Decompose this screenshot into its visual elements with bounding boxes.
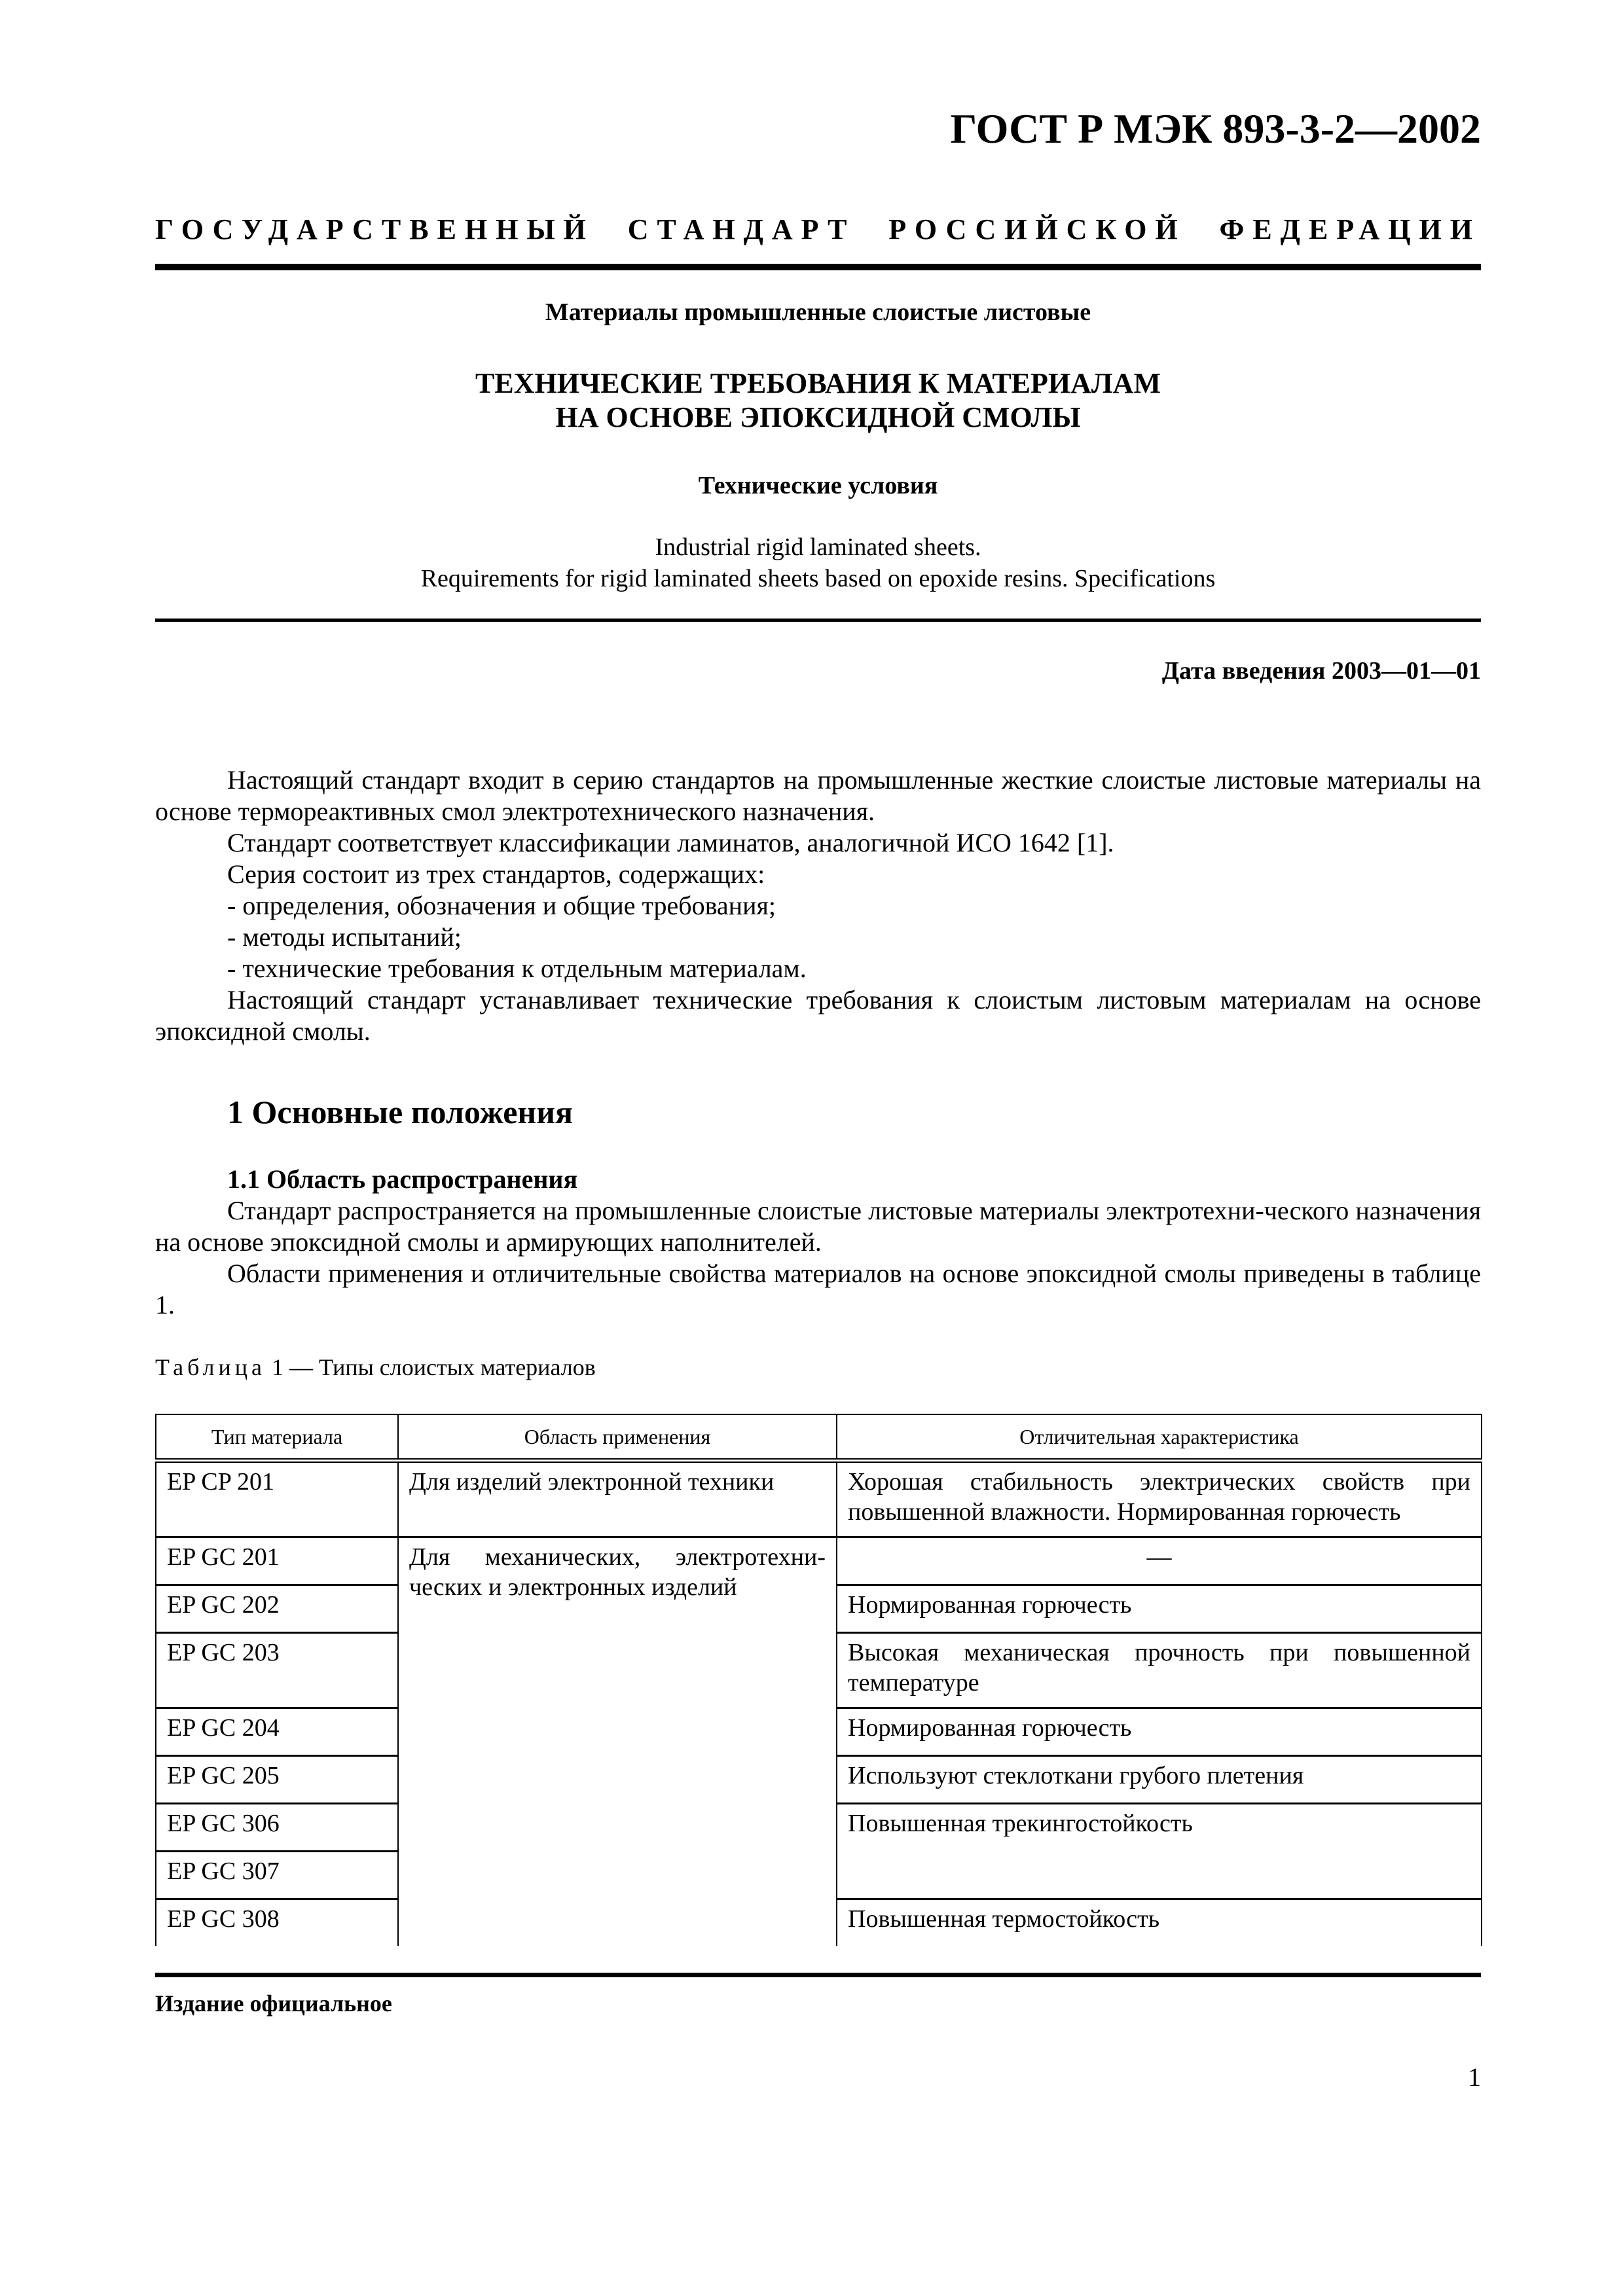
cell-type: EP GC 205: [156, 1756, 398, 1804]
page-number: 1: [1468, 2062, 1481, 2092]
table-header-row: Тип материала Область применения Отличит…: [156, 1414, 1482, 1461]
intro-list-item: - технические требования к отдельным мат…: [155, 953, 1481, 984]
column-header-application: Область применения: [398, 1414, 837, 1461]
intro-paragraph: Стандарт соответствует классификации лам…: [155, 827, 1481, 859]
column-header-feature: Отличительная характеристика: [837, 1414, 1482, 1461]
cell-feature: Используют стеклоткани грубого плетения: [837, 1756, 1482, 1804]
title-english-line-1: Industrial rigid laminated sheets.: [155, 531, 1481, 563]
section-paragraph: Стандарт распространяется на промышленны…: [155, 1195, 1481, 1258]
title-english-line-2: Requirements for rigid laminated sheets …: [155, 563, 1481, 594]
footer-rule: [155, 1973, 1481, 1977]
cell-type: EP GC 202: [156, 1585, 398, 1633]
table-row: EP GC 201 Для механических, электротехни…: [156, 1537, 1482, 1585]
title-main-line-2: НА ОСНОВЕ ЭПОКСИДНОЙ СМОЛЫ: [155, 401, 1481, 435]
title-main: ТЕХНИЧЕСКИЕ ТРЕБОВАНИЯ К МАТЕРИАЛАМ НА О…: [155, 367, 1481, 435]
materials-table: Тип материала Область применения Отличит…: [155, 1414, 1482, 1946]
section-heading: 1 Основные положения: [227, 1093, 573, 1131]
cell-type: EP CP 201: [156, 1461, 398, 1537]
official-edition-label: Издание официальное: [155, 1990, 392, 2017]
header-rule: [155, 264, 1481, 270]
section-paragraph: Области применения и отличительные свойс…: [155, 1258, 1481, 1321]
cell-application: Для изделий электронной техники: [398, 1461, 837, 1537]
intro-paragraph: Настоящий стандарт устанавливает техниче…: [155, 984, 1481, 1047]
cell-type: EP GC 204: [156, 1708, 398, 1756]
cell-feature: Высокая механическая прочность при повыш…: [837, 1633, 1482, 1708]
cell-feature: Повышенная термостойкость: [837, 1899, 1482, 1946]
cell-type: EP GC 306: [156, 1804, 398, 1852]
title-rule: [155, 619, 1481, 622]
intro-paragraph: Серия состоит из трех стандартов, содерж…: [155, 859, 1481, 890]
cell-feature: —: [837, 1537, 1482, 1585]
table-caption: Таблица 1 — Типы слоистых материалов: [155, 1354, 596, 1381]
cell-feature: Повышенная трекингостойкость: [837, 1804, 1482, 1899]
introduction-date: Дата введения 2003—01—01: [1162, 656, 1481, 685]
subsection-heading: 1.1 Область распространения: [227, 1164, 577, 1194]
section-text: Стандарт распространяется на промышленны…: [155, 1195, 1481, 1321]
title-english: Industrial rigid laminated sheets. Requi…: [155, 531, 1481, 594]
cell-type: EP GC 308: [156, 1899, 398, 1946]
cell-type: EP GC 201: [156, 1537, 398, 1585]
table-row: EP CP 201 Для изделий электронной техник…: [156, 1461, 1482, 1537]
state-standard-banner: ГОСУДАРСТВЕННЫЙ СТАНДАРТ РОССИЙСКОЙ ФЕДЕ…: [155, 213, 1481, 246]
title-subject: Материалы промышленные слоистые листовые: [155, 298, 1481, 327]
document-code: ГОСТ Р МЭК 893-3-2—2002: [950, 105, 1481, 153]
intro-list-item: - определения, обозначения и общие требо…: [155, 890, 1481, 922]
table-caption-text: 1 — Типы слоистых материалов: [266, 1354, 596, 1380]
table-caption-prefix: Таблица: [155, 1354, 266, 1380]
cell-application: Для механических, электротехни-ческих и …: [398, 1537, 837, 1946]
cell-feature: Нормированная горючесть: [837, 1585, 1482, 1633]
title-conditions: Технические условия: [155, 471, 1481, 500]
cell-feature: Нормированная горючесть: [837, 1708, 1482, 1756]
intro-text: Настоящий стандарт входит в серию станда…: [155, 764, 1481, 1047]
cell-type: EP GC 307: [156, 1852, 398, 1899]
title-main-line-1: ТЕХНИЧЕСКИЕ ТРЕБОВАНИЯ К МАТЕРИАЛАМ: [155, 367, 1481, 401]
cell-feature: Хорошая стабильность электрических свойс…: [837, 1461, 1482, 1537]
cell-type: EP GC 203: [156, 1633, 398, 1708]
intro-list-item: - методы испытаний;: [155, 922, 1481, 953]
column-header-type: Тип материала: [156, 1414, 398, 1461]
intro-paragraph: Настоящий стандарт входит в серию станда…: [155, 764, 1481, 827]
